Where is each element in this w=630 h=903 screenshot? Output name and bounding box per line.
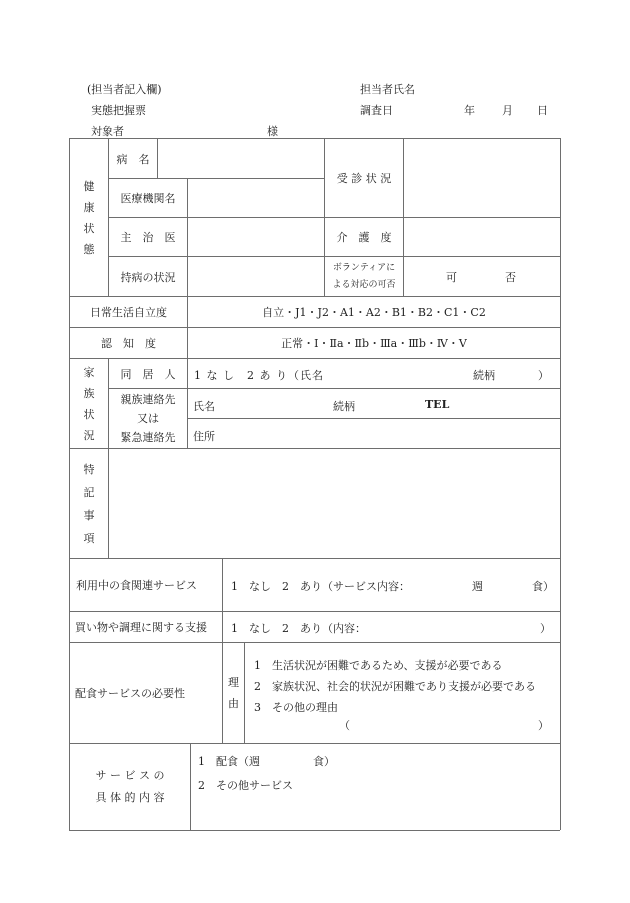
- service-item-meal-delivery[interactable]: 1 配食（週: [198, 753, 260, 769]
- service-item-other[interactable]: 2 その他サービス: [198, 777, 293, 793]
- food-service-meals-close: 食）: [532, 578, 554, 594]
- service-item-meal-close: 食）: [313, 753, 335, 769]
- staff-name-label: 担当者氏名: [360, 81, 415, 97]
- reason-option-1[interactable]: 1 生活状況が困難であるため、支援が必要である: [254, 657, 503, 673]
- service-details-label-line1: サ ー ビ ス の: [96, 765, 165, 787]
- contact-label-line3: 緊急連絡先: [121, 428, 176, 447]
- consultation-label: 受 診 状 況: [325, 139, 403, 217]
- year-label: 年: [464, 102, 475, 118]
- care-level-label: 介 護 度: [325, 218, 403, 256]
- form-title: 実態把握票: [91, 102, 146, 118]
- contact-relation-label: 続柄: [333, 398, 355, 414]
- label-char: 状: [84, 218, 95, 239]
- physician-field[interactable]: [188, 218, 324, 256]
- month-label: 月: [502, 102, 513, 118]
- staff-name-field[interactable]: [420, 77, 560, 95]
- disease-field[interactable]: [158, 139, 324, 178]
- shopping-support-close: ）: [540, 620, 551, 636]
- survey-date-label: 調査日: [360, 102, 393, 118]
- daily-living-options[interactable]: 自立・J1・J2・A1・A2・B1・B2・C1・C2: [188, 297, 560, 327]
- health-group-label: 健 康 状 態: [70, 139, 108, 296]
- emergency-contact-label: 親族連絡先 又は 緊急連絡先: [109, 389, 187, 448]
- label-char: 記: [84, 481, 95, 504]
- day-label: 日: [537, 102, 548, 118]
- survey-year-field[interactable]: [400, 98, 460, 116]
- label-char: 健: [84, 176, 95, 197]
- food-service-options[interactable]: 1 なし 2 あり（サービス内容：: [231, 578, 410, 594]
- label-char: 族: [84, 383, 95, 404]
- food-service-week-label: 週: [472, 578, 483, 594]
- shopping-support-label: 買い物や調理に関する支援: [75, 612, 222, 642]
- institution-field[interactable]: [188, 179, 324, 217]
- contact-address-field[interactable]: [220, 419, 560, 448]
- cohabitant-close: ）: [538, 367, 549, 383]
- contact-label-line2: 又は: [137, 409, 159, 428]
- other-reason-close: ）: [538, 717, 549, 733]
- table-border-bottom: [69, 830, 560, 831]
- survey-day-field[interactable]: [516, 98, 536, 116]
- other-reason-open: （: [339, 717, 350, 733]
- volunteer-label-line1: ボランティアに: [333, 260, 395, 277]
- reason-option-3[interactable]: 3 その他の理由: [254, 699, 338, 715]
- volunteer-yes-option[interactable]: 可: [446, 269, 457, 285]
- contact-label-line1: 親族連絡先: [121, 390, 176, 409]
- reason-option-2[interactable]: 2 家族状況、社会的状況が困難であり支援が必要である: [254, 678, 536, 694]
- cohabitant-label: 同 居 人: [109, 359, 187, 388]
- section-label: (担当者記入欄): [87, 81, 162, 97]
- family-group-label: 家 族 状 況: [70, 359, 108, 448]
- volunteer-label-line2: よる対応の可否: [332, 277, 395, 294]
- care-level-field[interactable]: [404, 218, 560, 256]
- label-char: 項: [84, 527, 95, 550]
- cohabitant-relation-label: 続柄: [473, 367, 495, 383]
- label-char: 康: [84, 197, 95, 218]
- notes-group-label: 特 記 事 項: [70, 449, 108, 558]
- contact-address-label: 住所: [193, 428, 215, 444]
- label-char: 状: [84, 404, 95, 425]
- meal-delivery-need-label: 配食サービスの必要性: [75, 643, 222, 743]
- food-service-label: 利用中の食関連サービス: [76, 559, 222, 611]
- volunteer-label: ボランティアに よる対応の可否: [325, 257, 403, 296]
- honorific: 様: [267, 123, 278, 139]
- label-char: 況: [84, 425, 95, 446]
- consultation-field[interactable]: [404, 139, 560, 217]
- cohabitant-options[interactable]: 1 な し 2 あ り（氏名: [194, 367, 324, 383]
- service-details-label-line2: 具 体 的 内 容: [96, 787, 165, 809]
- table-border-right: [560, 138, 561, 830]
- institution-label: 医療機関名: [109, 179, 187, 217]
- label-char: 家: [84, 362, 95, 383]
- chronic-label: 持病の状況: [109, 257, 187, 296]
- label-char: 由: [228, 693, 239, 714]
- reason-label: 理 由: [223, 643, 244, 743]
- label-char: 事: [84, 504, 95, 527]
- other-reason-field[interactable]: [352, 714, 537, 732]
- notes-field[interactable]: [109, 449, 560, 558]
- survey-month-field[interactable]: [478, 98, 500, 116]
- divider: [190, 743, 191, 830]
- cognition-options[interactable]: 正常・Ⅰ・Ⅱa・Ⅱb・Ⅲa・Ⅲb・Ⅳ・Ⅴ: [188, 328, 560, 358]
- contact-name-label: 氏名: [193, 398, 215, 414]
- service-details-label: サ ー ビ ス の 具 体 的 内 容: [70, 744, 190, 830]
- label-char: 態: [84, 239, 95, 260]
- contact-tel-label: TEL: [425, 398, 449, 411]
- volunteer-no-option[interactable]: 否: [505, 269, 516, 285]
- divider: [187, 358, 188, 448]
- physician-label: 主 治 医: [109, 218, 187, 256]
- label-char: 特: [84, 458, 95, 481]
- subject-name-field[interactable]: [140, 119, 265, 137]
- shopping-support-options[interactable]: 1 なし 2 あり（内容：: [231, 620, 366, 636]
- daily-living-label: 日常生活自立度: [70, 297, 187, 327]
- subject-label: 対象者: [91, 123, 124, 139]
- cognition-label: 認 知 度: [70, 328, 187, 358]
- divider: [244, 642, 245, 743]
- chronic-field[interactable]: [188, 257, 324, 296]
- disease-label: 病 名: [109, 139, 157, 178]
- label-char: 理: [228, 672, 239, 693]
